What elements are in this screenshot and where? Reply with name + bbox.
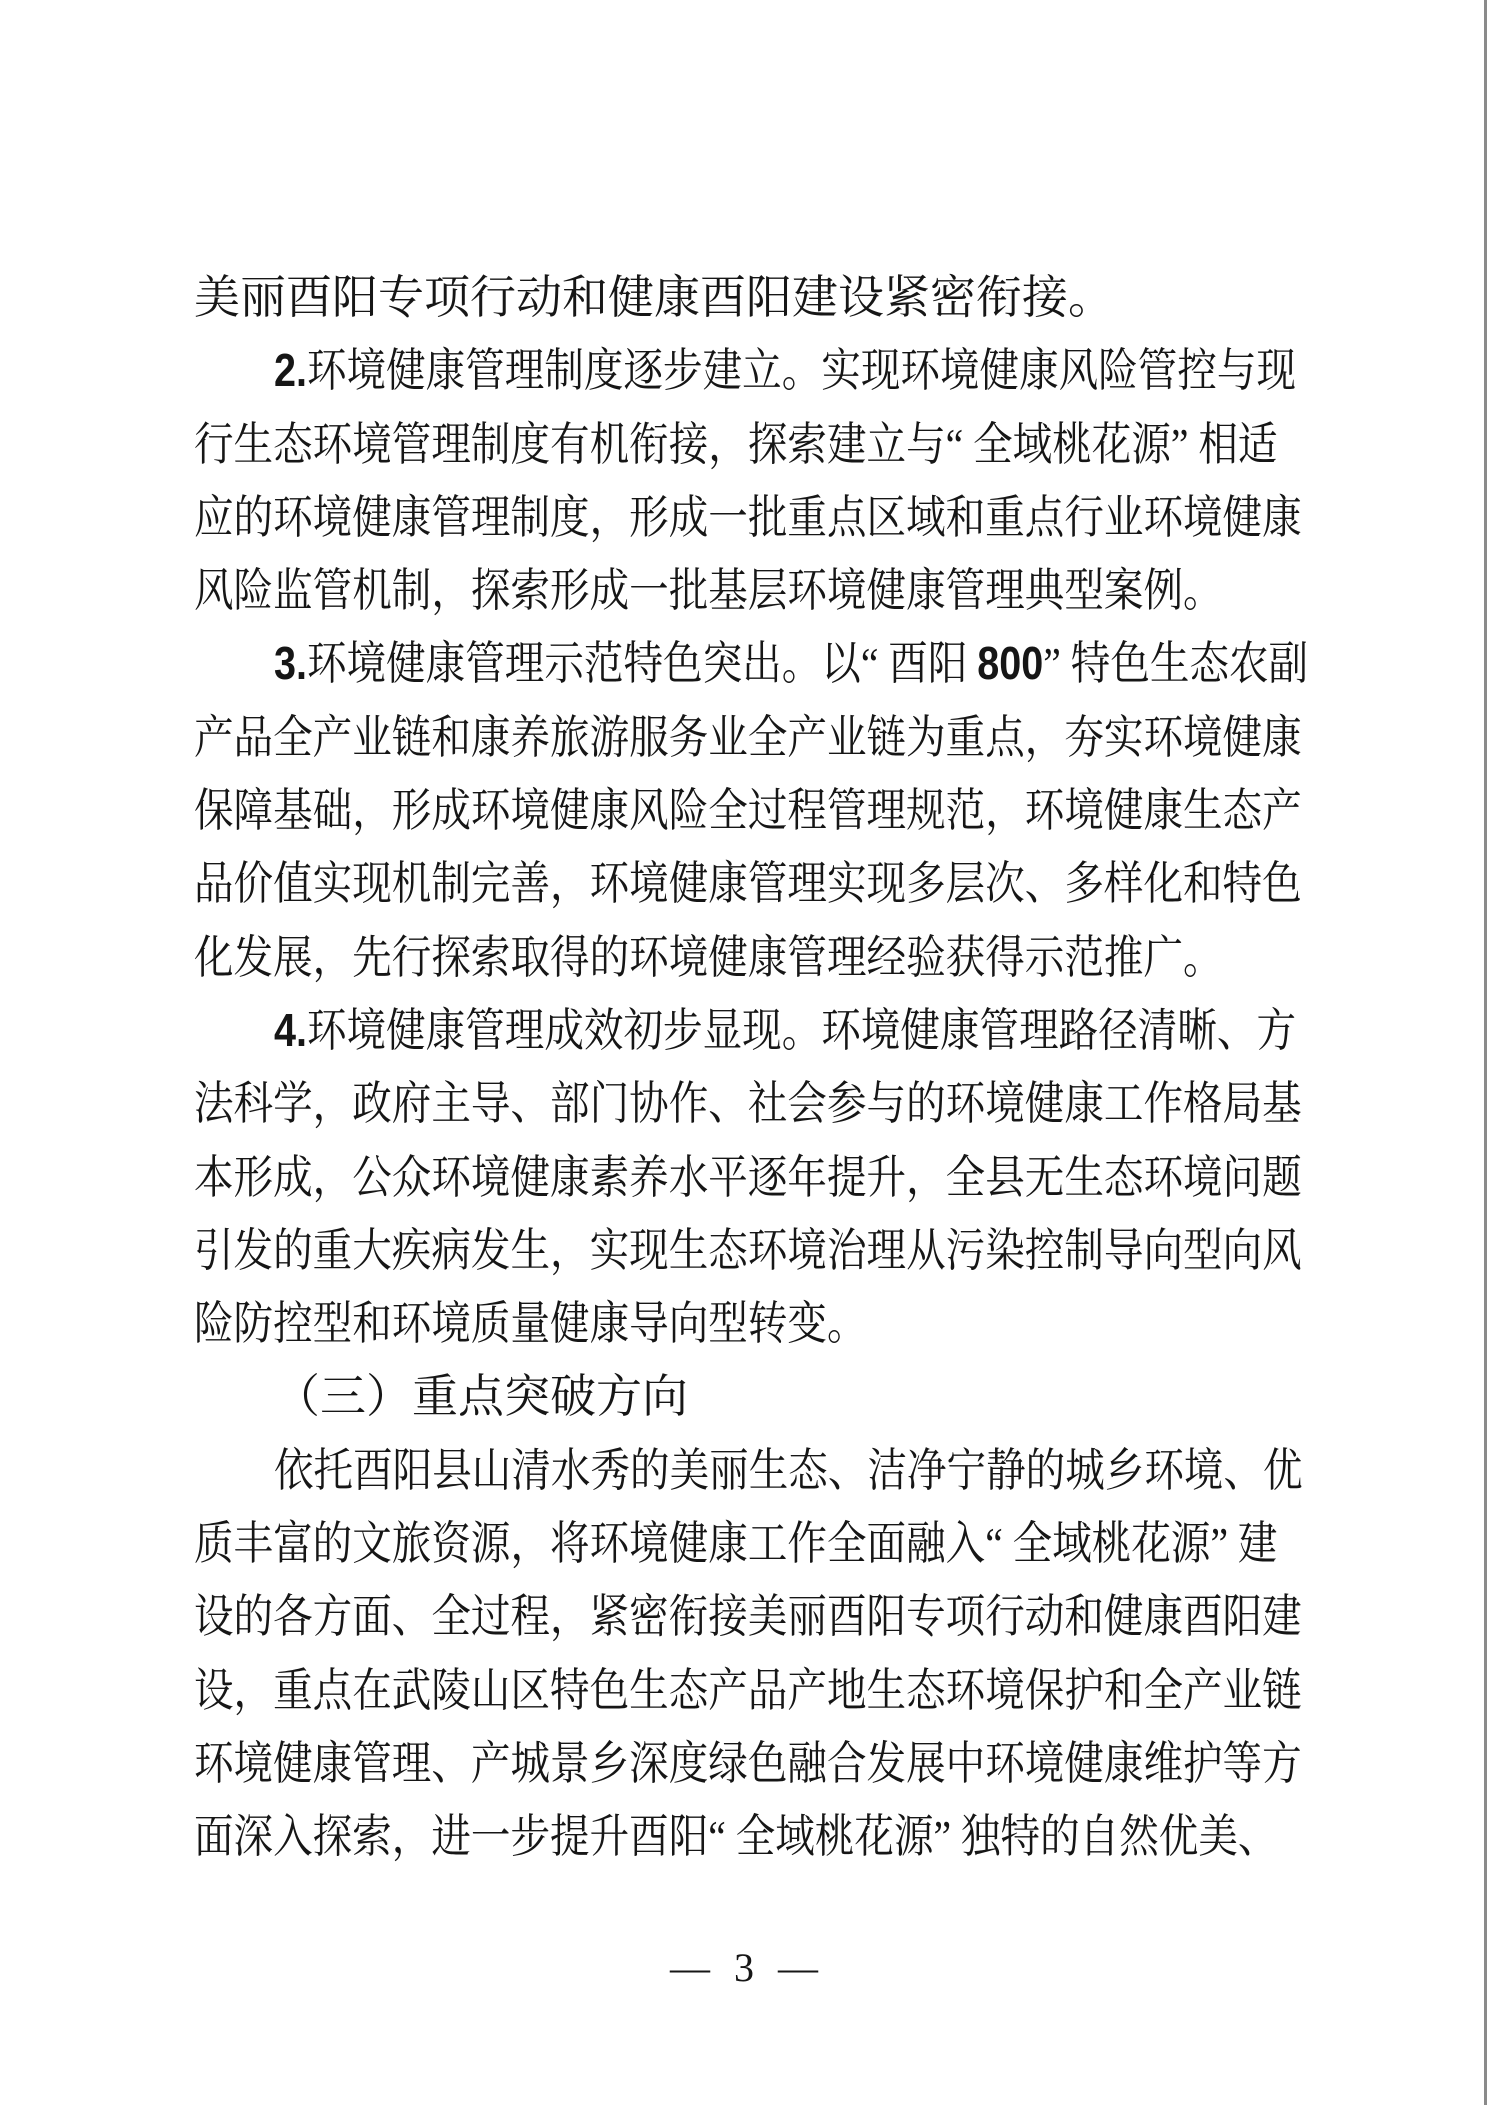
text-line-content: 险防控型和环境质量健康导向型转变。 [194,1287,867,1360]
cjk-text: 风险监管机制，探索形成一批基层环境健康管理典型案例。 [194,565,1223,616]
cjk-text: 环境健康管理、产城景乡深度绿色融合发展中环境健康维护等方 [194,1738,1302,1789]
text-line: 2.环境健康管理制度逐步建立。实现环境健康风险管控与现 [194,334,1334,407]
text-line: 应的环境健康管理制度，形成一批重点区域和重点行业环境健康 [194,481,1334,554]
text-line-content: 3.环境健康管理示范特色突出。以“ 酉阳 800” 特色生态农副 [274,627,1308,700]
text-line: 依托酉阳县山清水秀的美丽生态、洁净宁静的城乡环境、优 [194,1434,1334,1507]
cjk-text: 行生态环境管理制度有机衔接，探索建立与“ 全域桃花源” 相适 [194,419,1277,470]
text-line-content: 行生态环境管理制度有机衔接，探索建立与“ 全域桃花源” 相适 [194,408,1277,481]
cjk-text: 险防控型和环境质量健康导向型转变。 [194,1298,867,1349]
numeral-text: 800 [977,637,1043,689]
text-line-content: 本形成，公众环境健康素养水平逐年提升，全县无生态环境问题 [194,1141,1302,1214]
cjk-text: 设的各方面、全过程，紧密衔接美丽酉阳专项行动和健康酉阳建 [194,1591,1302,1642]
text-line-content: （三）重点突破方向 [274,1360,688,1433]
page-number: — 3 — [670,1945,818,1990]
cjk-text: 法科学，政府主导、部门协作、社会参与的环境健康工作格局基 [194,1078,1302,1129]
cjk-text: 质丰富的文旅资源，将环境健康工作全面融入“ 全域桃花源” 建 [194,1518,1277,1569]
text-line-content: 面深入探索，进一步提升酉阳“ 全域桃花源” 独特的自然优美、 [194,1800,1277,1873]
text-line-content: 产品全产业链和康养旅游服务业全产业链为重点，夯实环境健康 [194,701,1302,774]
text-line: 设，重点在武陵山区特色生态产品产地生态环境保护和全产业链 [194,1654,1334,1727]
text-line: 法科学，政府主导、部门协作、社会参与的环境健康工作格局基 [194,1067,1334,1140]
numeral-text: 3. [274,637,307,689]
document-page: 美丽酉阳专项行动和健康酉阳建设紧密衔接。2.环境健康管理制度逐步建立。实现环境健… [0,0,1488,2105]
cjk-text: 依托酉阳县山清水秀的美丽生态、洁净宁静的城乡环境、优 [274,1445,1303,1496]
text-line-content: 品价值实现机制完善，环境健康管理实现多层次、多样化和特色 [194,847,1302,920]
text-line-content: 设，重点在武陵山区特色生态产品产地生态环境保护和全产业链 [194,1654,1302,1727]
cjk-text: 设，重点在武陵山区特色生态产品产地生态环境保护和全产业链 [194,1665,1302,1716]
text-line-content: 法科学，政府主导、部门协作、社会参与的环境健康工作格局基 [194,1067,1302,1140]
text-line: 产品全产业链和康养旅游服务业全产业链为重点，夯实环境健康 [194,701,1334,774]
text-line: 化发展，先行探索取得的环境健康管理经验获得示范推广。 [194,921,1334,994]
numeral-text: 2. [274,344,307,396]
page-footer: — 3 — [0,1942,1488,1994]
text-line-content: 保障基础，形成环境健康风险全过程管理规范，环境健康生态产 [194,774,1302,847]
text-line: 4.环境健康管理成效初步显现。环境健康管理路径清晰、方 [194,994,1334,1067]
cjk-text: 品价值实现机制完善，环境健康管理实现多层次、多样化和特色 [194,858,1302,909]
text-line: 风险监管机制，探索形成一批基层环境健康管理典型案例。 [194,554,1334,627]
section-heading: （三）重点突破方向 [194,1360,1334,1433]
text-line: 美丽酉阳专项行动和健康酉阳建设紧密衔接。 [194,261,1334,334]
cjk-text: 产品全产业链和康养旅游服务业全产业链为重点，夯实环境健康 [194,712,1302,763]
text-line: 品价值实现机制完善，环境健康管理实现多层次、多样化和特色 [194,847,1334,920]
text-line-content: 设的各方面、全过程，紧密衔接美丽酉阳专项行动和健康酉阳建 [194,1580,1302,1653]
text-line: 设的各方面、全过程，紧密衔接美丽酉阳专项行动和健康酉阳建 [194,1580,1334,1653]
text-line-content: 质丰富的文旅资源，将环境健康工作全面融入“ 全域桃花源” 建 [194,1507,1277,1580]
cjk-text: 本形成，公众环境健康素养水平逐年提升，全县无生态环境问题 [194,1152,1302,1203]
text-line: 保障基础，形成环境健康风险全过程管理规范，环境健康生态产 [194,774,1334,847]
text-line-content: 引发的重大疾病发生，实现生态环境治理从污染控制导向型向风 [194,1214,1302,1287]
text-line: 行生态环境管理制度有机衔接，探索建立与“ 全域桃花源” 相适 [194,408,1334,481]
page-edge-scan-line [1484,0,1487,2105]
text-line-content: 环境健康管理、产城景乡深度绿色融合发展中环境健康维护等方 [194,1727,1302,1800]
text-line: 3.环境健康管理示范特色突出。以“ 酉阳 800” 特色生态农副 [194,627,1334,700]
cjk-text: 环境健康管理示范特色突出。以“ 酉阳 [307,638,977,689]
text-line: 面深入探索，进一步提升酉阳“ 全域桃花源” 独特的自然优美、 [194,1800,1334,1873]
cjk-text: 环境健康管理成效初步显现。环境健康管理路径清晰、方 [307,1005,1296,1056]
cjk-text: 化发展，先行探索取得的环境健康管理经验获得示范推广。 [194,932,1223,983]
text-line-content: 4.环境健康管理成效初步显现。环境健康管理路径清晰、方 [274,994,1296,1067]
document-body: 美丽酉阳专项行动和健康酉阳建设紧密衔接。2.环境健康管理制度逐步建立。实现环境健… [194,261,1334,1874]
text-line: 引发的重大疾病发生，实现生态环境治理从污染控制导向型向风 [194,1214,1334,1287]
text-line: 本形成，公众环境健康素养水平逐年提升，全县无生态环境问题 [194,1141,1334,1214]
text-line-content: 化发展，先行探索取得的环境健康管理经验获得示范推广。 [194,921,1223,994]
cjk-text: （三）重点突破方向 [274,1371,688,1422]
text-line-content: 风险监管机制，探索形成一批基层环境健康管理典型案例。 [194,554,1223,627]
cjk-text: 环境健康管理制度逐步建立。实现环境健康风险管控与现 [307,345,1296,396]
cjk-text: 引发的重大疾病发生，实现生态环境治理从污染控制导向型向风 [194,1225,1302,1276]
text-line-content: 2.环境健康管理制度逐步建立。实现环境健康风险管控与现 [274,334,1296,407]
text-line-content: 应的环境健康管理制度，形成一批重点区域和重点行业环境健康 [194,481,1302,554]
text-line-content: 依托酉阳县山清水秀的美丽生态、洁净宁静的城乡环境、优 [274,1434,1303,1507]
text-line: 险防控型和环境质量健康导向型转变。 [194,1287,1334,1360]
text-line-content: 美丽酉阳专项行动和健康酉阳建设紧密衔接。 [194,261,1114,334]
cjk-text: 美丽酉阳专项行动和健康酉阳建设紧密衔接。 [194,272,1114,323]
cjk-text: 保障基础，形成环境健康风险全过程管理规范，环境健康生态产 [194,785,1302,836]
cjk-text: 应的环境健康管理制度，形成一批重点区域和重点行业环境健康 [194,492,1302,543]
text-line: 环境健康管理、产城景乡深度绿色融合发展中环境健康维护等方 [194,1727,1334,1800]
numeral-text: 4. [274,1004,307,1056]
cjk-text: 面深入探索，进一步提升酉阳“ 全域桃花源” 独特的自然优美、 [194,1811,1277,1862]
text-line: 质丰富的文旅资源，将环境健康工作全面融入“ 全域桃花源” 建 [194,1507,1334,1580]
cjk-text: ” 特色生态农副 [1043,638,1308,689]
